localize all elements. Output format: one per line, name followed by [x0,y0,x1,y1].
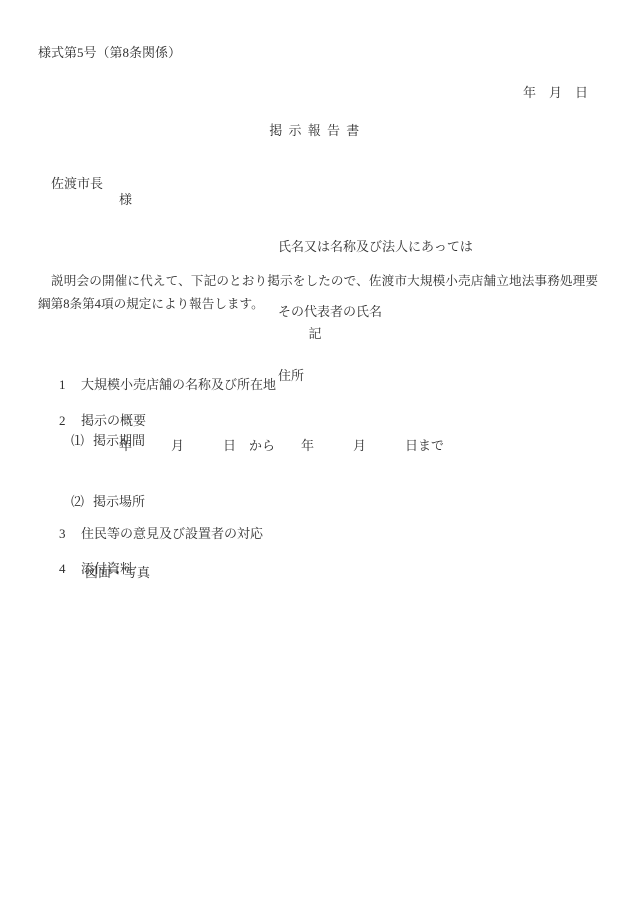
item-1-number: 1 [59,377,81,393]
addressee-name: 佐渡市長 [51,176,103,191]
item-1-label: 大規模小売店舗の名称及び所在地 [81,377,276,392]
applicant-name-label: 氏名又は名称及び法人にあっては [278,236,473,258]
document-title: 掲 示 報 告 書 [0,123,630,139]
date-line: 年 月 日 [523,85,588,101]
item-3-number: 3 [59,526,81,542]
sub-item-2-label: 掲示場所 [93,494,145,509]
document-page: 様式第5号（第8条関係） 年 月 日 掲 示 報 告 書 佐渡市長 様 氏名又は… [0,0,630,915]
applicant-address-label: 住所 [278,365,473,387]
body-paragraph: 説明会の開催に代えて、下記のとおり掲示をしたので、佐渡市大規模小売店舗立地法事務… [38,270,598,316]
sub-item-2-number: ⑵ [71,494,93,510]
addressee-honorific: 様 [119,192,132,208]
sub-item-1-number: ⑴ [71,433,93,449]
attachment-detail: 図面・写真 [85,565,150,581]
item-4-number: 4 [59,561,81,577]
item-3-label: 住民等の意見及び設置者の対応 [81,526,263,541]
addressee-line: 佐渡市長 様 [38,160,132,224]
notice-period-blank-line: 年 月 日 から 年 月 日まで [119,438,444,454]
form-number: 様式第5号（第8条関係） [38,45,181,61]
record-marker: 記 [0,326,630,342]
